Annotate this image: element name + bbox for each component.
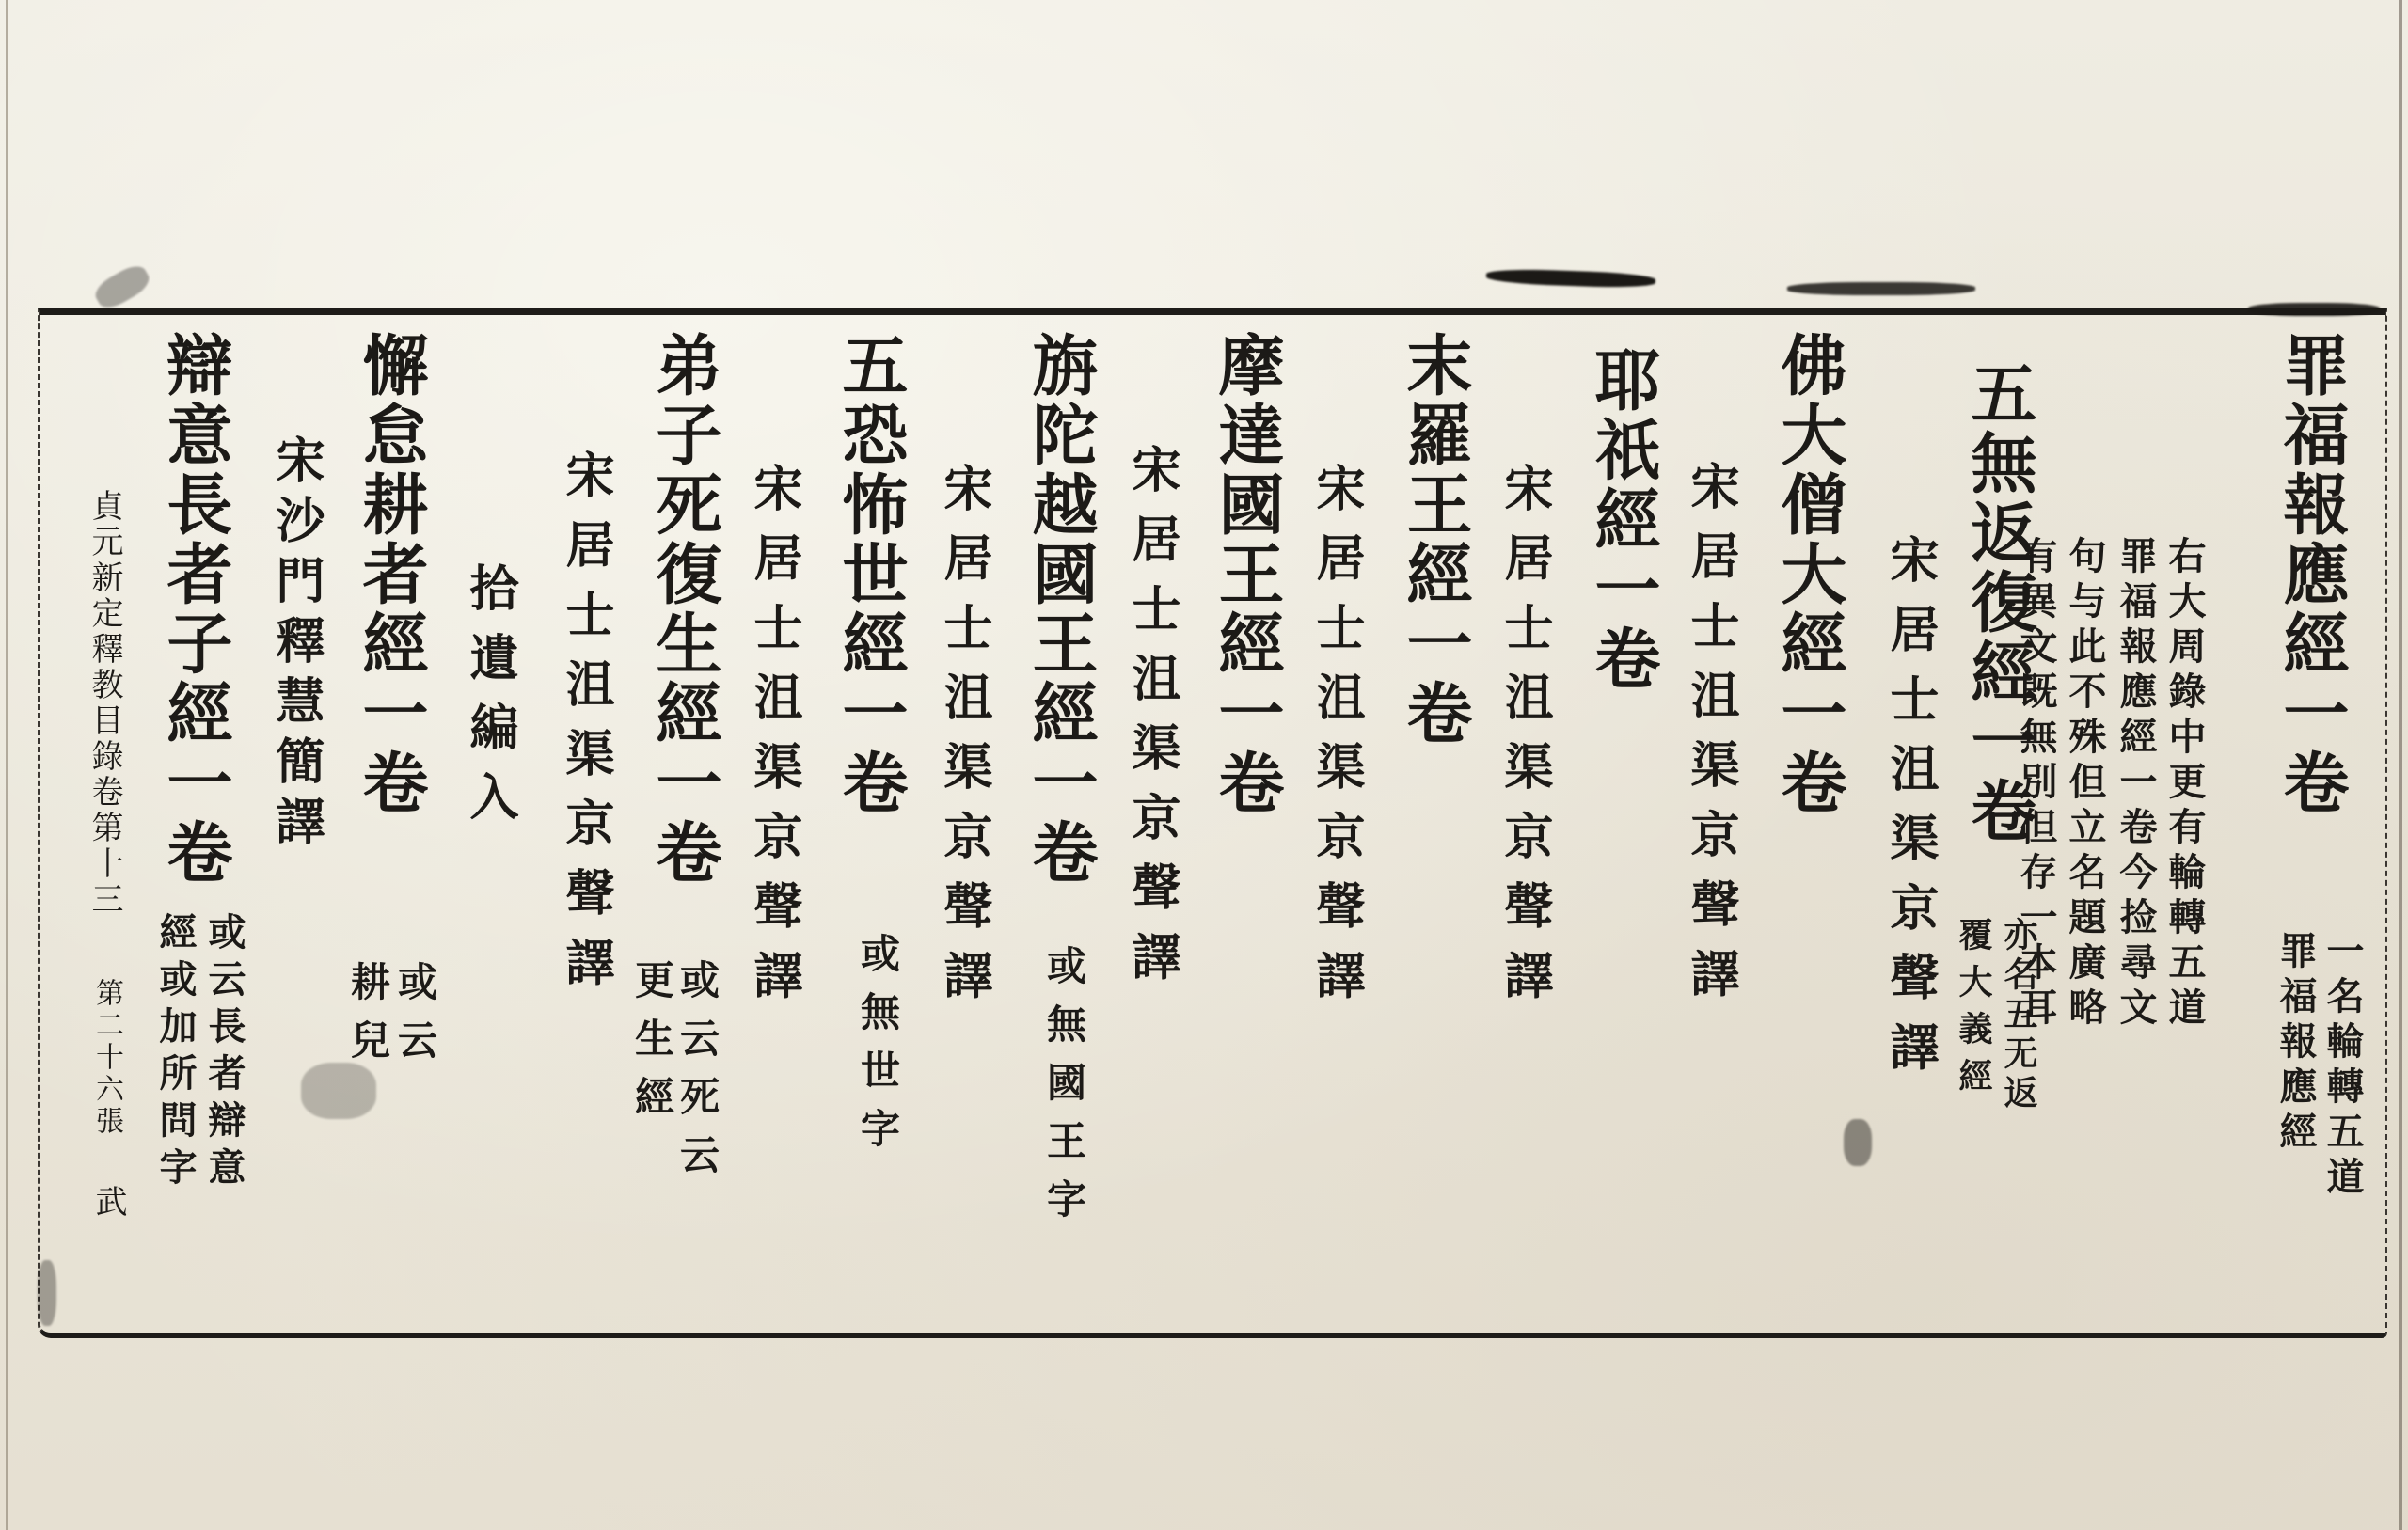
sutra-title-3: 佛大僧大經一卷	[1776, 331, 1842, 818]
sutra-title-4: 耶祇經一卷	[1590, 346, 1655, 694]
sutra-title-8: 五恐怖世經一卷	[837, 331, 903, 818]
note-line: 覆大義經	[1956, 917, 1990, 1105]
note-line: 或云	[395, 961, 435, 1078]
sutra-title-5: 末羅王經一卷	[1402, 331, 1467, 749]
translator-line: 宋居士沮渠京聲譯	[1885, 534, 1934, 1091]
translator-line: 宋居士沮渠京聲譯	[749, 463, 798, 1019]
sutra-title-6: 摩達國王經一卷	[1213, 331, 1279, 818]
translator-line: 宋居士沮渠京聲譯	[939, 463, 988, 1019]
ink-smudge	[1787, 282, 1975, 295]
margin-mark: 武	[92, 1185, 124, 1221]
translator-line: 宋居士沮渠京聲譯	[1686, 461, 1735, 1017]
sutra-title-10: 懈怠耕者經一卷	[357, 331, 423, 818]
page-right-edge	[2399, 0, 2402, 1530]
note-alt-name: 一名輪轉五道	[2323, 931, 2361, 1202]
margin-book-title: 貞元新定釋教目錄卷第十三	[88, 489, 120, 918]
ink-smudge	[2248, 303, 2380, 316]
ink-smudge	[38, 1260, 56, 1326]
supplement-note: 拾遺編入	[465, 562, 514, 841]
page-left-edge	[6, 0, 8, 1530]
note-line: 亦名五无返	[2002, 917, 2036, 1114]
translator-line: 宋居士沮渠京聲譯	[1311, 463, 1360, 1019]
note-alt-name: 罪福報應經	[2276, 931, 2314, 1157]
note-line: 或無世字	[858, 933, 897, 1166]
note-line: 或無國王字	[1044, 945, 1084, 1237]
sutra-title-9: 弟子死復生經一卷	[651, 331, 717, 888]
note-line: 右大周錄中更有輪轉五道	[2165, 536, 2203, 1033]
note-line: 或云死云	[677, 959, 717, 1192]
sutra-title-7: 旃陀越國王經一卷	[1027, 331, 1093, 888]
note-line: 罪福報應經一卷今捡尋文	[2116, 536, 2154, 1033]
note-line: 更生經	[632, 959, 672, 1134]
note-line: 耕兒	[348, 961, 388, 1078]
translator-line: 宋居士沮渠京聲譯	[561, 450, 610, 1006]
sutra-title-11: 辯意長者子經一卷	[162, 331, 228, 888]
translator-line: 宋居士沮渠京聲譯	[1499, 463, 1548, 1019]
translator-line: 宋居士沮渠京聲譯	[1127, 444, 1176, 1001]
note-line: 句与此不殊但立名題廣略	[2066, 536, 2103, 1033]
note-line: 經或加所問字	[156, 912, 194, 1194]
ink-smudge	[1844, 1119, 1872, 1166]
margin-sheet-number: 第二十六張	[92, 978, 120, 1138]
sutra-title-2: 五無返復經一卷	[1966, 359, 2032, 846]
translator-line: 宋沙門釋慧簡譯	[271, 434, 320, 856]
note-line: 或云長者辯意	[205, 912, 243, 1194]
sutra-title-1: 罪福報應經一卷	[2278, 331, 2344, 818]
